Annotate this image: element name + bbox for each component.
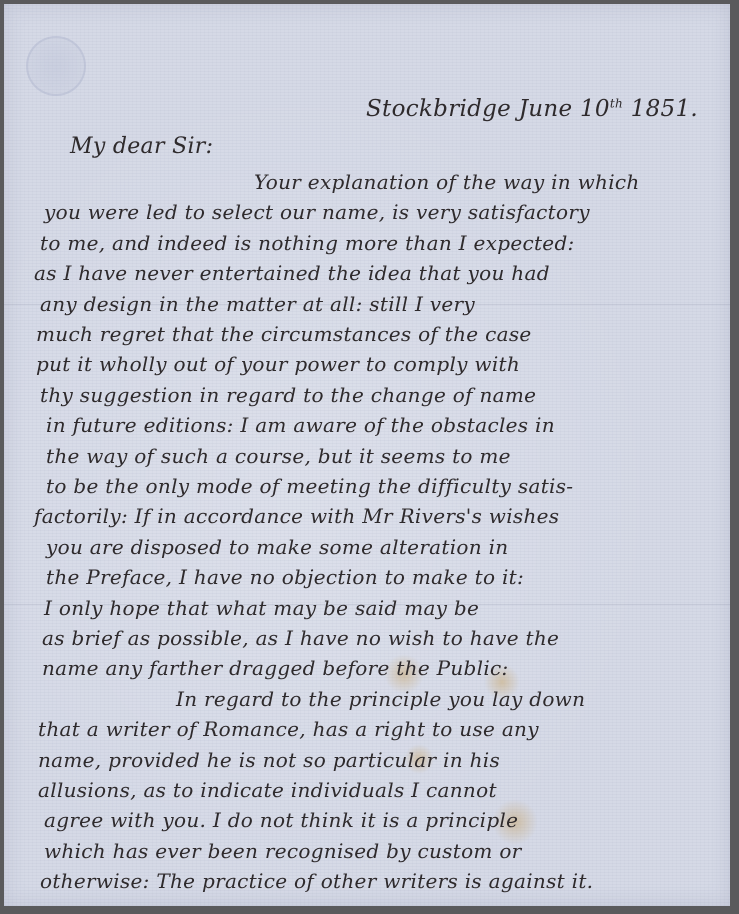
letter-line: Your explanation of the way in which [254,170,640,194]
letter-line: name any farther dragged before the Publ… [42,656,509,680]
letter-line: the way of such a course, but it seems t… [46,444,511,468]
letter-page: Stockbridge June 10th 1851. My dear Sir:… [4,4,730,906]
dateline: Stockbridge June 10th 1851. [366,96,698,122]
letter-line: I only hope that what may be said may be [44,596,479,620]
letter-line: you are disposed to make some alteration… [46,535,509,559]
letter-line: name, provided he is not so particular i… [38,748,500,772]
date: June 10 [519,96,610,122]
letter-line: allusions, as to indicate individuals I … [38,778,497,802]
letter-line: any design in the matter at all: still I… [40,292,475,316]
letter-line: to me, and indeed is nothing more than I… [40,231,575,255]
letter-line: agree with you. I do not think it is a p… [44,808,518,832]
letter-line: In regard to the principle you lay down [176,687,585,711]
place: Stockbridge [366,96,511,122]
letter-line: that a writer of Romance, has a right to… [38,717,539,741]
letter-line: otherwise: The practice of other writers… [40,869,593,893]
letter-line: put it wholly out of your power to compl… [36,352,520,376]
date-suffix: th [610,96,623,110]
letter-line: thy suggestion in regard to the change o… [40,383,536,407]
embossed-stamp [26,36,86,96]
year: 1851. [631,96,698,122]
letter-line: much regret that the circumstances of th… [36,322,532,346]
letter-line: in future editions: I am aware of the ob… [46,413,555,437]
letter-line: which has ever been recognised by custom… [44,839,522,863]
letter-line: as brief as possible, as I have no wish … [42,626,559,650]
letter-line: the Preface, I have no objection to make… [46,565,524,589]
letter-line: as I have never entertained the idea tha… [34,261,550,285]
letter-line: factorily: If in accordance with Mr Rive… [34,504,559,528]
letter-line: you were led to select our name, is very… [44,200,590,224]
salutation: My dear Sir: [70,134,213,159]
letter-line: to be the only mode of meeting the diffi… [46,474,573,498]
